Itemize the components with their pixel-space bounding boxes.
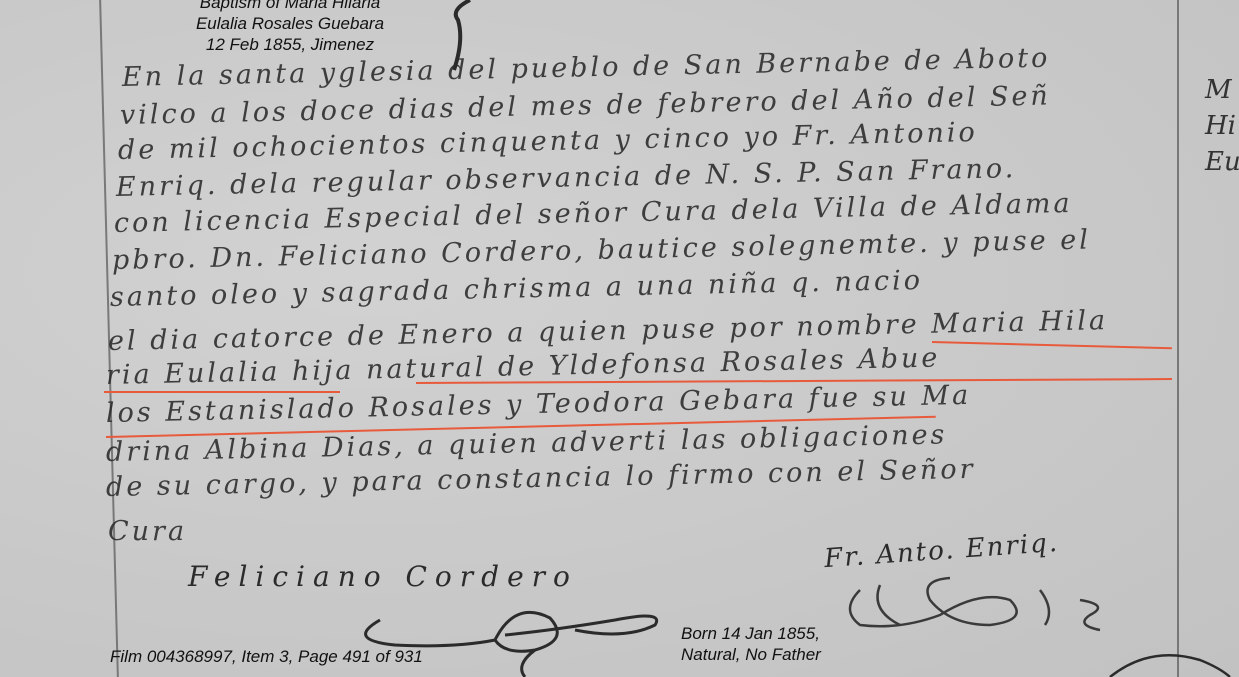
header-annotation: Baptism of Maria Hilaria Eulalia Rosales… — [160, 0, 420, 55]
birth-note-line-2: Natural, No Father — [681, 644, 821, 665]
underline-maria-hilaria — [932, 341, 1172, 349]
right-margin-rule — [1177, 0, 1179, 677]
signature-feliciano-cordero: Feliciano Cordero — [188, 560, 578, 593]
birth-note: Born 14 Jan 1855, Natural, No Father — [681, 623, 821, 665]
source-citation: Film 004368997, Item 3, Page 491 of 931 — [110, 646, 423, 667]
ink-circle-bottom-right — [1110, 650, 1239, 677]
right-margin-entry: M Hi Eu — [1205, 72, 1239, 180]
header-line-2: Eulalia Rosales Guebara — [160, 13, 420, 34]
scanned-record-page: Baptism of Maria Hilaria Eulalia Rosales… — [0, 0, 1239, 677]
underline-eulalia — [104, 391, 340, 393]
header-line-1: Baptism of Maria Hilaria — [160, 0, 420, 13]
rubric-right — [840, 570, 1120, 640]
record-line-13: Cura — [108, 516, 187, 547]
header-line-3: 12 Feb 1855, Jimenez — [160, 34, 420, 55]
signature-fr-antonio-enriquez: Fr. Anto. Enriq. — [823, 528, 1060, 574]
birth-note-line-1: Born 14 Jan 1855, — [681, 623, 821, 644]
